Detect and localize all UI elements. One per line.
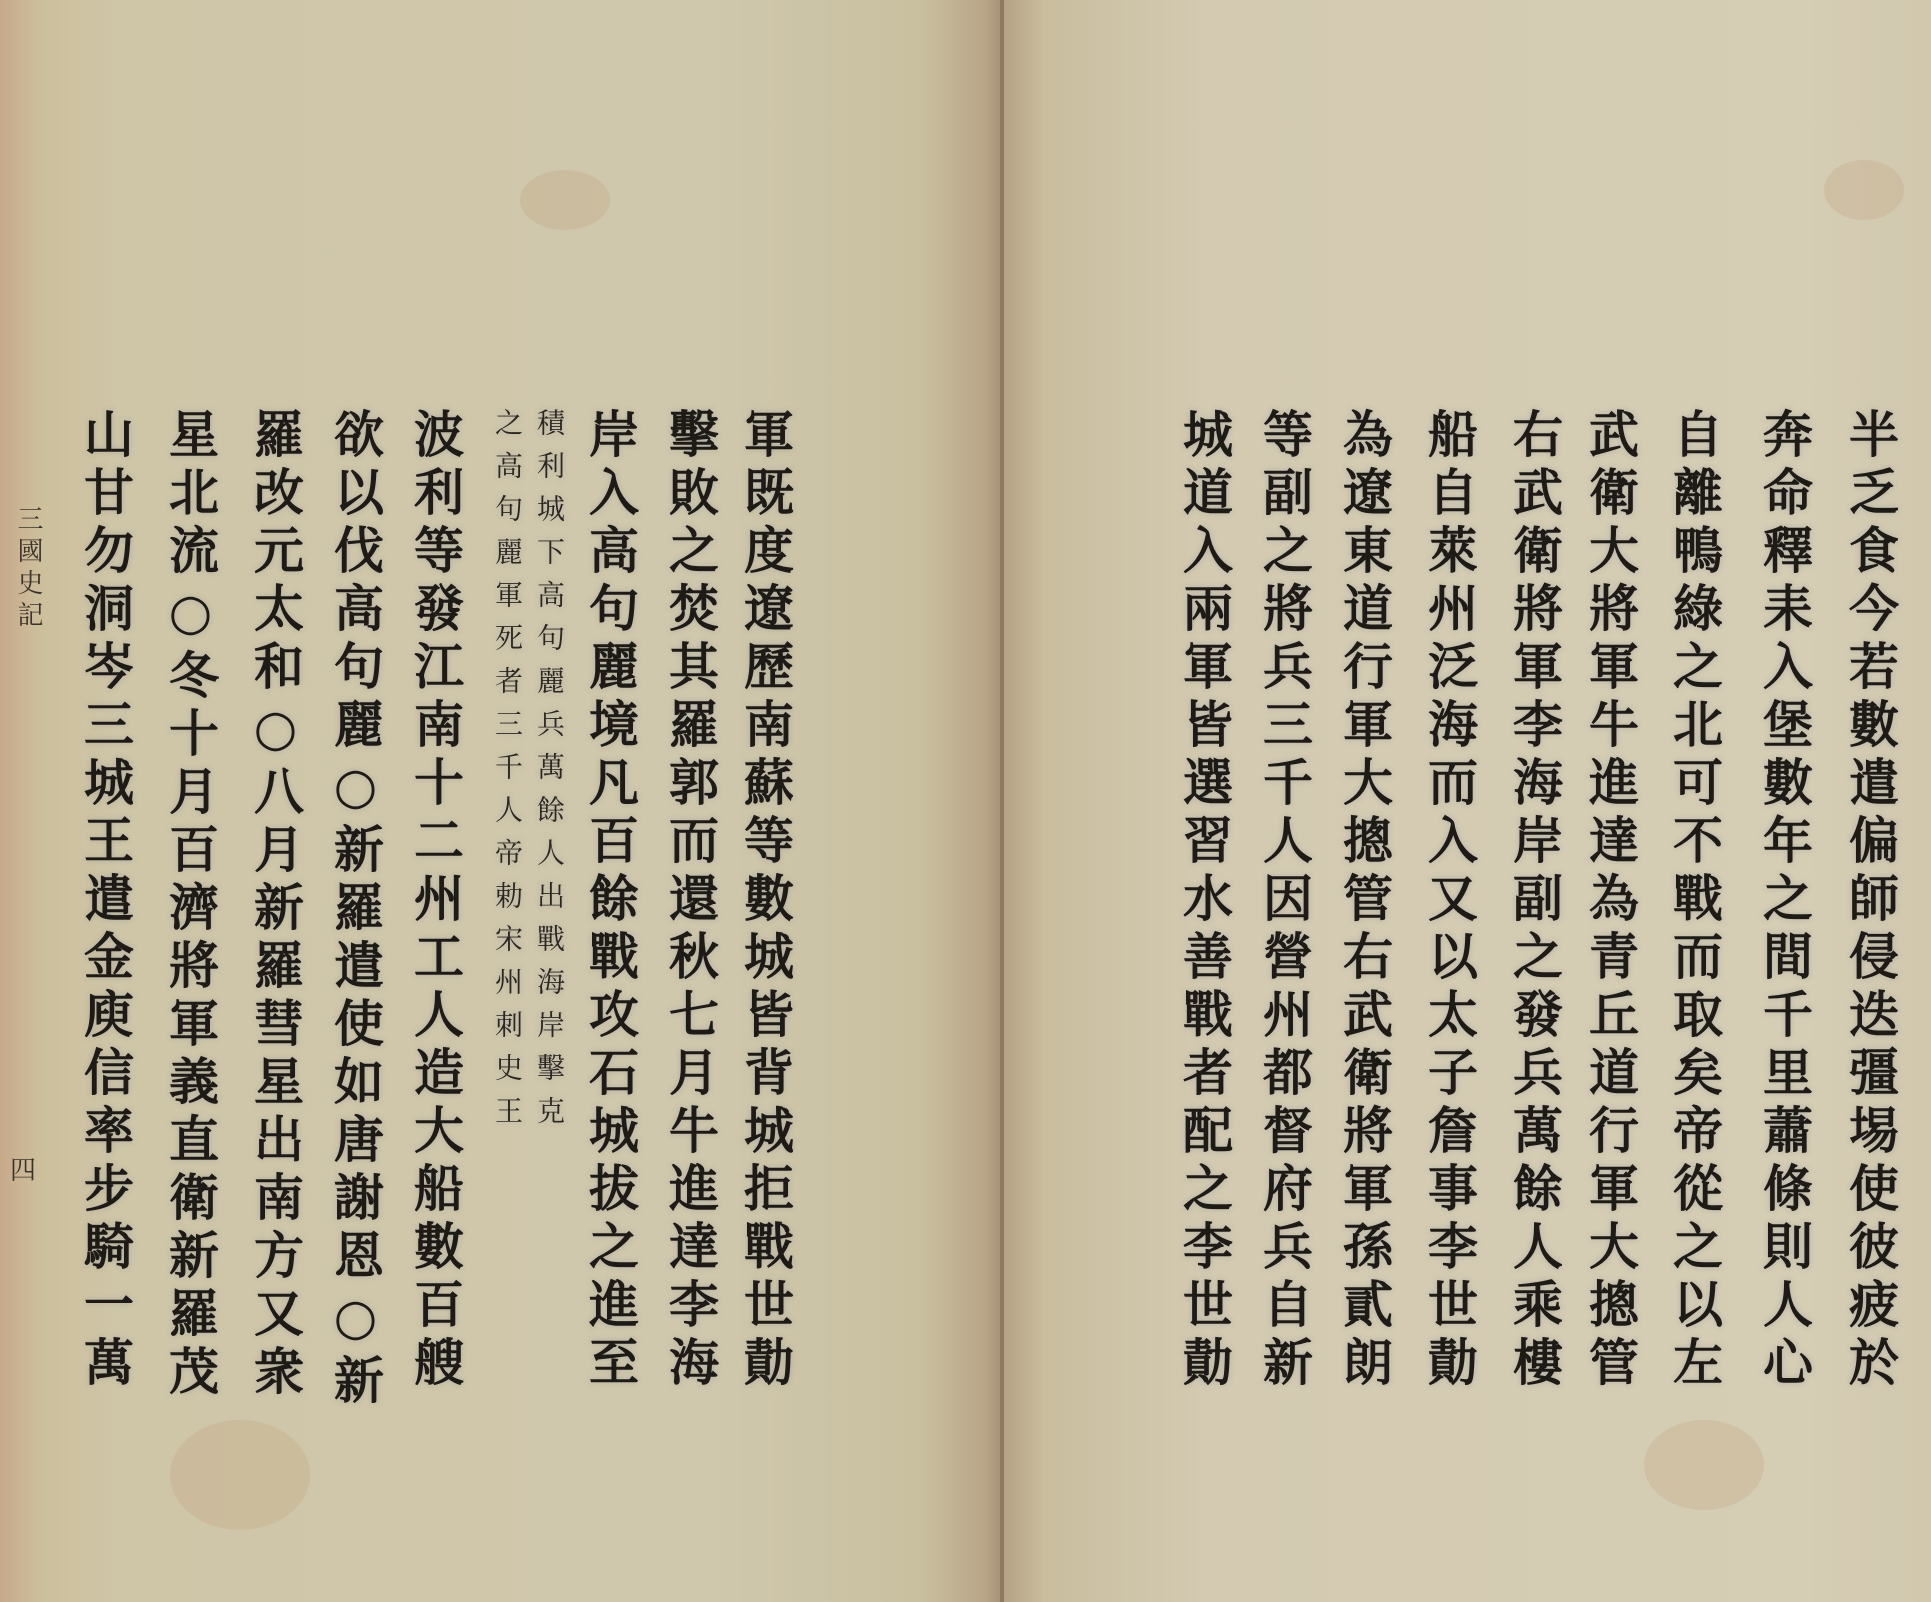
paper-stain — [1824, 160, 1904, 220]
text-column: 擊敗之焚其羅郭而還秋七月牛進達李海 — [660, 408, 720, 1394]
margin-book-title: 三國史記 — [10, 505, 47, 633]
text-column: 軍既度遼歷南蘇等數城皆背城拒戰世勣 — [735, 408, 795, 1394]
text-column: 右武衛將軍李海岸副之發兵萬餘人乘樓 — [1504, 408, 1564, 1394]
left-page: 三國史記 四 軍既度遼歷南蘇等數城皆背城拒戰世勣 擊敗之焚其羅郭而還秋七月牛進達… — [0, 0, 1000, 1602]
text-column: 羅改元太和○八月新羅彗星出南方又衆 — [245, 408, 305, 1403]
text-column: 船自萊州泛海而入又以太子詹事李世勣 — [1419, 408, 1479, 1394]
paper-stain — [1644, 1420, 1764, 1510]
text-column: 岸入高句麗境凡百餘戰攻石城拔之進至 — [580, 408, 640, 1394]
text-column: 奔命釋耒入堡數年之間千里蕭條則人心 — [1754, 408, 1814, 1394]
text-column: 山甘勿洞岑三城王遣金庾信率步騎一萬 — [75, 408, 135, 1394]
text-column: 為遼東道行軍大摠管右武衛將軍孫貳朗 — [1334, 408, 1394, 1394]
text-column: 武衛大將軍牛進達為青丘道行軍大摠管 — [1580, 408, 1640, 1394]
margin-page-number: 四 — [10, 1150, 36, 1187]
annotation-column: 之高句麗軍死者三千人帝勅宋州刺史王 — [490, 408, 524, 1139]
paper-stain — [170, 1420, 310, 1530]
right-page: 半乏食今若數遣偏師侵迭彊埸使彼疲於 奔命釋耒入堡數年之間千里蕭條則人心 自離鴨綠… — [1004, 0, 1931, 1602]
book-spread: 三國史記 四 軍既度遼歷南蘇等數城皆背城拒戰世勣 擊敗之焚其羅郭而還秋七月牛進達… — [0, 0, 1931, 1602]
text-column: 城道入兩軍皆選習水善戰者配之李世勣 — [1174, 408, 1234, 1394]
text-column: 星北流○冬十月百濟將軍義直衛新羅茂 — [160, 408, 220, 1403]
text-column: 自離鴨綠之北可不戰而取矣帝從之以左 — [1664, 408, 1724, 1394]
paper-stain — [520, 170, 610, 230]
text-column: 欲以伐高句麗○新羅遣使如唐謝恩○新 — [325, 408, 385, 1412]
text-column: 半乏食今若數遣偏師侵迭彊埸使彼疲於 — [1840, 408, 1900, 1394]
text-column: 波利等發江南十二州工人造大船數百艘 — [405, 408, 465, 1394]
annotation-column: 積利城下高句麗兵萬餘人出戰海岸擊克 — [532, 408, 566, 1139]
text-column: 等副之將兵三千人因營州都督府兵自新 — [1254, 408, 1314, 1394]
